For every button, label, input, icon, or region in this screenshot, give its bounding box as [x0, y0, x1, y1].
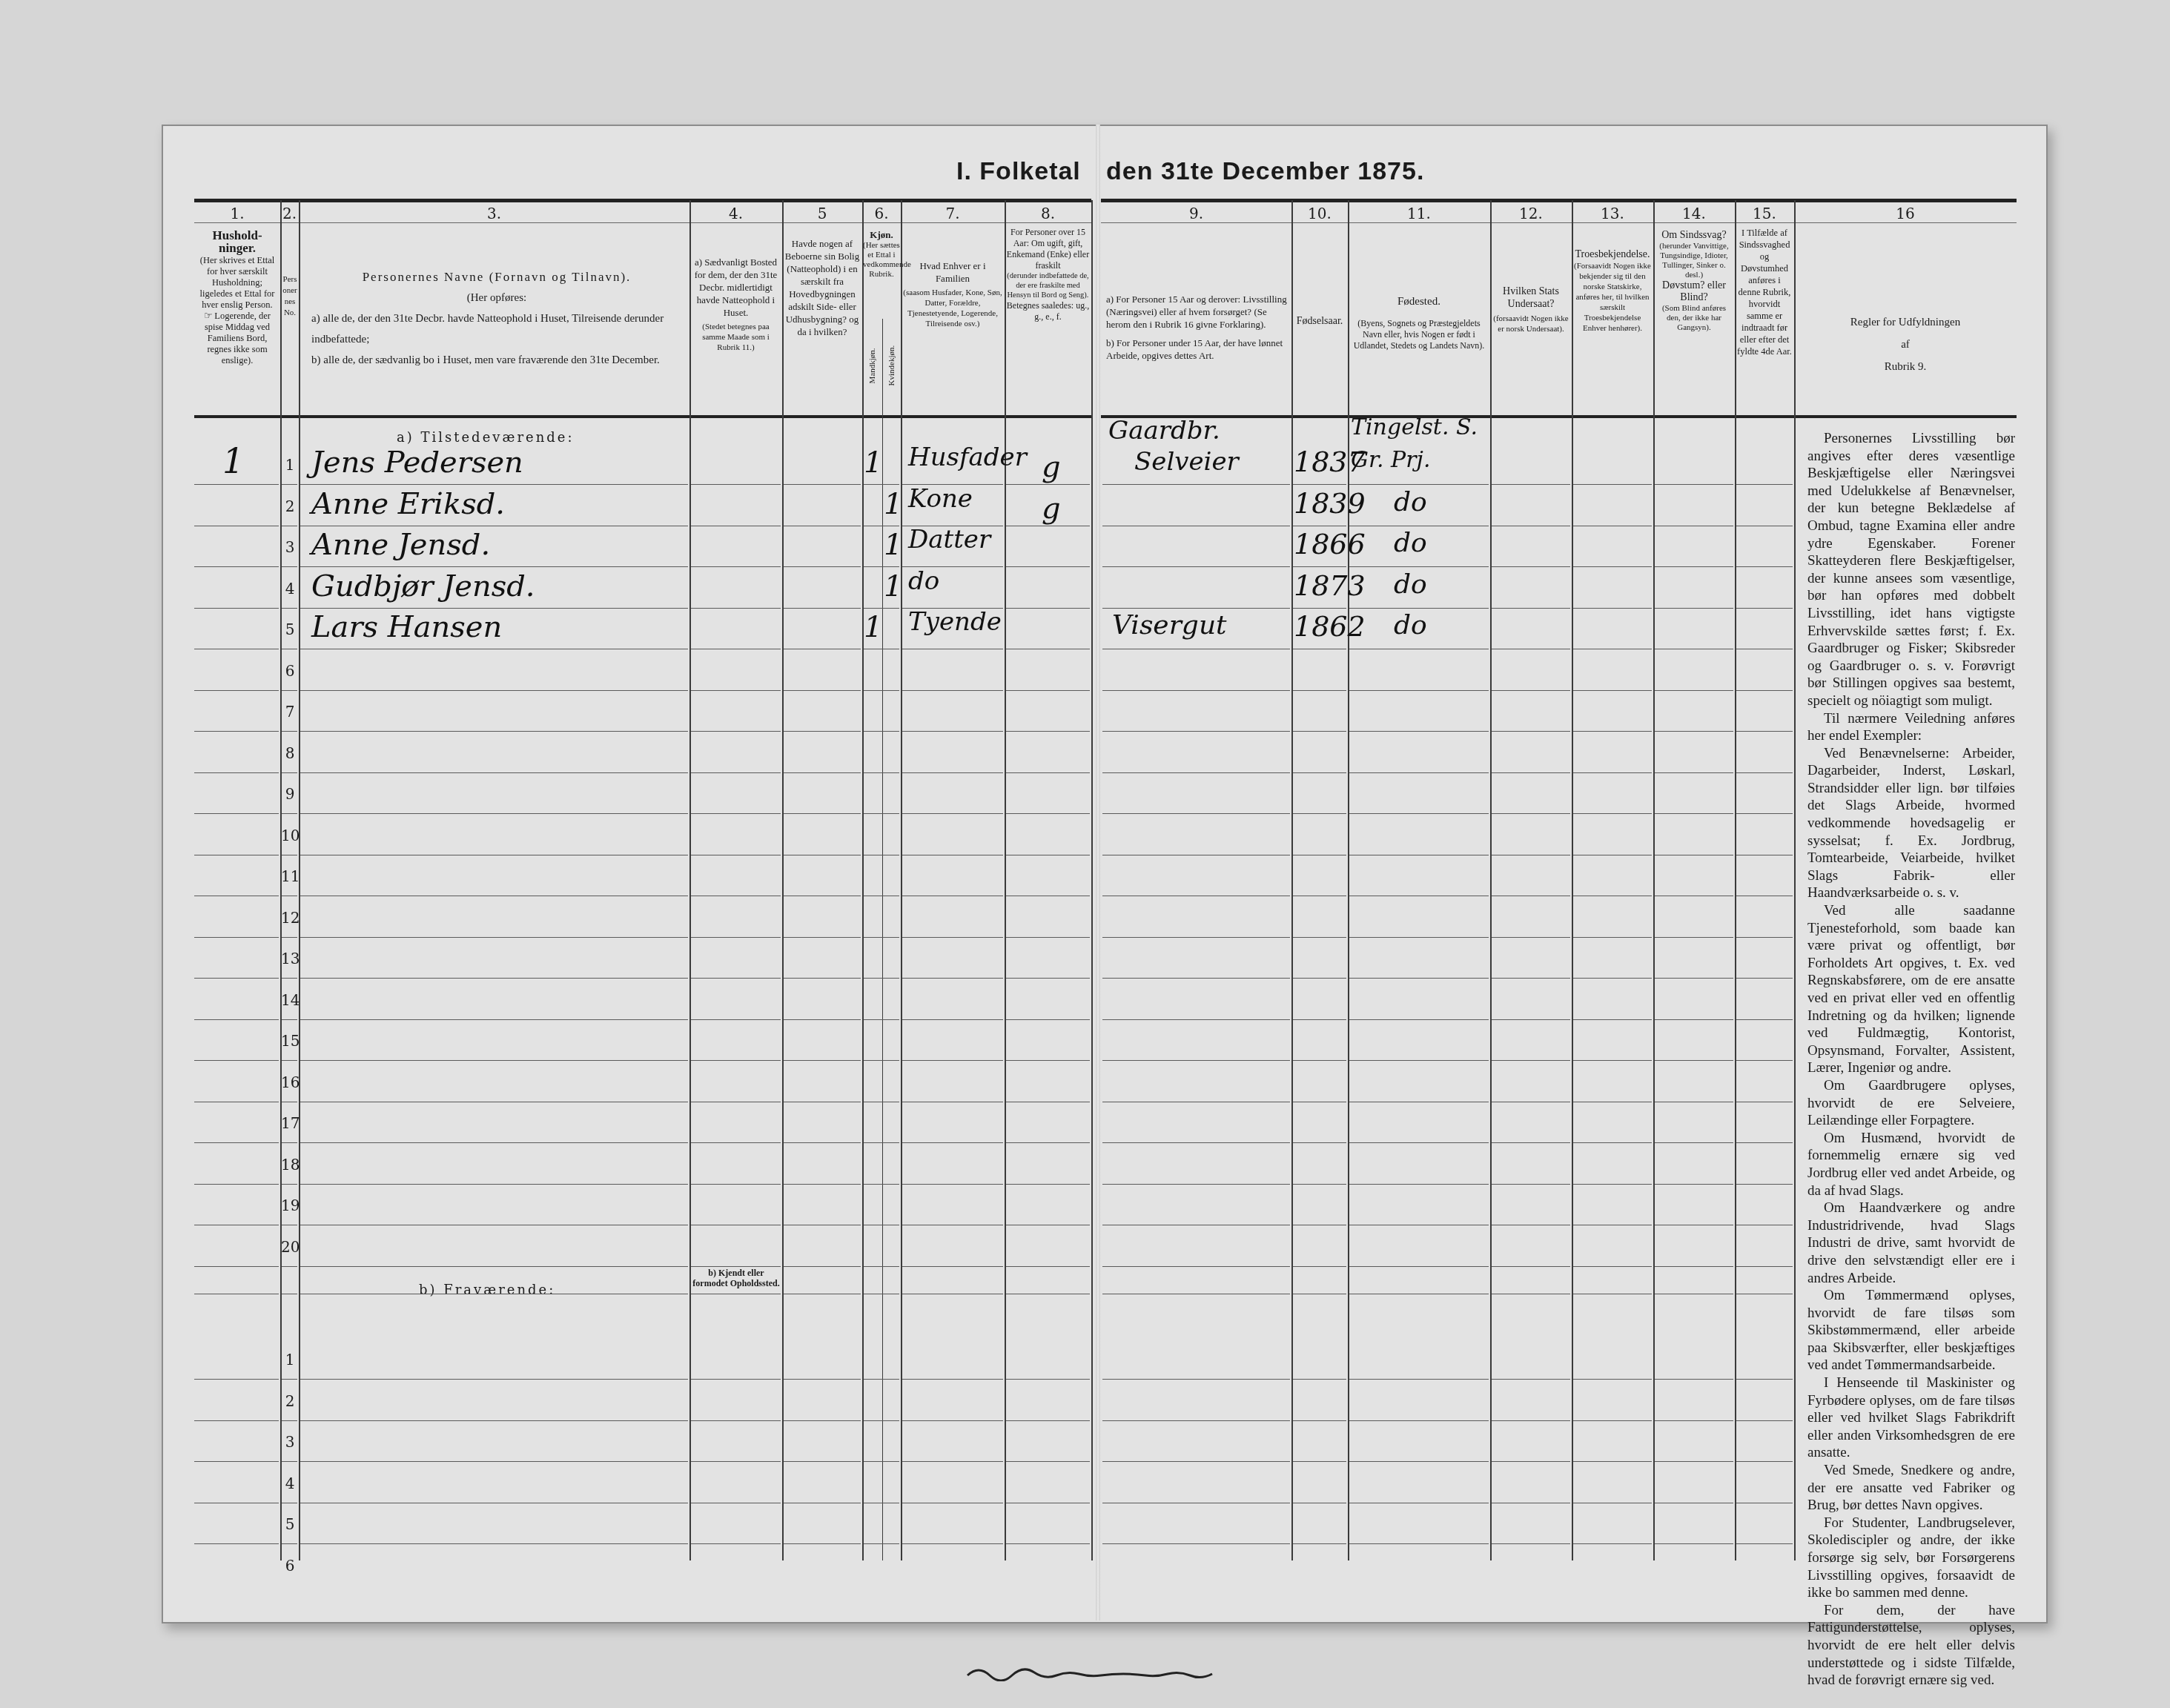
row-number: 6 [281, 662, 299, 680]
row-number: 16 [281, 1073, 299, 1091]
row-rule [1349, 731, 1489, 732]
col-header-15: I Tilfælde af Sindssvaghed og Døvstumhed… [1736, 227, 1793, 357]
row-rule [1006, 1142, 1090, 1143]
row-rule [194, 1225, 279, 1225]
col-header-4: a) Sædvanligt Bosted for dem, der den 31… [691, 256, 781, 353]
row-rule [864, 731, 899, 732]
col-divider [862, 200, 864, 1560]
row-rule [1102, 608, 1290, 609]
row-rule [1736, 1184, 1793, 1185]
row-rule [1736, 690, 1793, 691]
row-rule [864, 937, 899, 938]
row-rule [691, 1420, 781, 1421]
row-rule [1736, 1102, 1793, 1102]
sex-female-mark: 1 [884, 569, 902, 603]
row-rule [1492, 731, 1570, 732]
absent-row-number: 3 [281, 1433, 299, 1451]
row-rule [1293, 855, 1346, 855]
row-rule [1293, 1379, 1346, 1380]
row-rule [1573, 608, 1652, 609]
row-rule [194, 1294, 279, 1294]
row-rule [1573, 1225, 1652, 1225]
row-rule [1349, 896, 1489, 896]
row-rule [1573, 526, 1652, 526]
row-rule [864, 1142, 899, 1143]
row-rule [1655, 1503, 1733, 1503]
col-header-3-title: Personernes Navne (Fornavn og Tilnavn). [311, 267, 682, 288]
row-rule [194, 772, 279, 773]
row-rule [1293, 772, 1346, 773]
row-rule [902, 1060, 1003, 1061]
row-rule [282, 1503, 297, 1503]
row-rule [784, 855, 861, 855]
row-rule [784, 1503, 861, 1503]
row-rule [282, 1420, 297, 1421]
row-number: 2 [281, 497, 299, 515]
row-rule [1655, 772, 1733, 773]
row-rule [1293, 1142, 1346, 1143]
col-header-6: Kjøn. (Her sættes et Ettal i vedkommende… [863, 230, 900, 279]
row-rule [1573, 896, 1652, 896]
row-rule [1349, 484, 1489, 485]
col-header-13-note: (Forsaavidt Nogen ikke bekjender sig til… [1573, 261, 1652, 334]
col-header-16-mid: af [1796, 334, 2015, 356]
row-rule [1006, 855, 1090, 855]
row-rule [194, 855, 279, 855]
row-rule [300, 1420, 688, 1421]
occupation: Selveier [1134, 447, 1239, 477]
row-rule [691, 649, 781, 649]
rules-paragraph: Om Gaardbrugere oplyses, hvorvidt de ere… [1807, 1077, 2015, 1130]
row-rule [282, 731, 297, 732]
row-rule [1492, 1266, 1570, 1267]
col-header-12-note: (forsaavidt Nogen ikke er norsk Undersaa… [1492, 314, 1570, 334]
occupation: Gaardbr. [1108, 416, 1220, 446]
row-rule [300, 1019, 688, 1020]
row-rule [282, 896, 297, 896]
row-rule [784, 1142, 861, 1143]
col-number-15: 15. [1735, 205, 1794, 222]
row-rule [194, 1060, 279, 1061]
row-rule [691, 772, 781, 773]
row-rule [1006, 1379, 1090, 1380]
row-rule [194, 1266, 279, 1267]
row-rule [194, 1379, 279, 1380]
birthplace: do [1394, 569, 1427, 600]
row-rule [194, 731, 279, 732]
col-header-4-title: a) Sædvanligt Bosted for dem, der den 31… [691, 256, 781, 319]
row-rule [784, 1379, 861, 1380]
person-name: Anne Eriksd. [311, 487, 505, 521]
row-rule [784, 1102, 861, 1102]
col-header-8-note: (derunder indbefattede de, der ere frask… [1006, 271, 1090, 300]
col-header-10: Fødselsaar. [1293, 315, 1346, 328]
row-rule [691, 1019, 781, 1020]
row-rule [1006, 608, 1090, 609]
row-rule [691, 1294, 781, 1294]
col-number-7: 7. [901, 205, 1005, 222]
row-rule [1006, 1184, 1090, 1185]
col-header-4-note: (Stedet betegnes paa samme Maade som i R… [691, 322, 781, 353]
row-rule [282, 484, 297, 485]
row-rule [1736, 484, 1793, 485]
col-header-1-note2: ☞ Logerende, der spise Middag ved Famili… [204, 311, 271, 365]
row-rule [1736, 772, 1793, 773]
row-rule [691, 1225, 781, 1225]
sex-male-mark: 1 [864, 610, 882, 644]
col-header-16: Regler for Udfyldningen af Rubrik 9. [1796, 311, 2015, 378]
row-rule [691, 1184, 781, 1185]
row-rule [1492, 1379, 1570, 1380]
row-rule [1006, 978, 1090, 979]
row-rule [194, 1503, 279, 1503]
row-number: 15 [281, 1032, 299, 1050]
row-rule [1102, 690, 1290, 691]
absent-row-number: 4 [281, 1474, 299, 1492]
row-rule [194, 1420, 279, 1421]
row-rule [282, 1461, 297, 1462]
section-absent-col4: b) Kjendt eller formodet Opholdssted. [691, 1268, 781, 1288]
row-rule [902, 1266, 1003, 1267]
row-rule [1349, 978, 1489, 979]
row-rule [864, 1060, 899, 1061]
row-rule [1006, 1060, 1090, 1061]
row-rule [784, 608, 861, 609]
row-rule [1293, 1184, 1346, 1185]
row-rule [864, 649, 899, 649]
col-header-12-title: Hvilken Stats Undersaat? [1492, 285, 1570, 311]
row-rule [1573, 855, 1652, 855]
row-rule [784, 566, 861, 567]
row-rule [691, 526, 781, 526]
col-header-1-title: Hushold-ninger. [212, 228, 262, 255]
row-rule [902, 1142, 1003, 1143]
row-rule [300, 1294, 688, 1294]
row-rule [902, 1420, 1003, 1421]
row-rule [1492, 772, 1570, 773]
row-rule [1349, 1420, 1489, 1421]
row-rule [1349, 526, 1489, 526]
row-rule [1293, 896, 1346, 896]
row-rule [784, 1266, 861, 1267]
row-rule [1293, 937, 1346, 938]
birthplace: do [1394, 610, 1427, 640]
col-header-3-note: (Her opføres: [311, 288, 682, 308]
row-rule [1573, 566, 1652, 567]
row-rule [1006, 1420, 1090, 1421]
row-rule [1102, 1060, 1290, 1061]
row-rule [1655, 1019, 1733, 1020]
row-rule [864, 1503, 899, 1503]
row-rule [902, 896, 1003, 896]
row-rule [194, 1184, 279, 1185]
row-rule [282, 1142, 297, 1143]
row-rule [1102, 1379, 1290, 1380]
row-rule [1655, 690, 1733, 691]
colnum-rule-left [194, 222, 1091, 223]
family-role: Kone [908, 484, 973, 514]
row-rule [1102, 1102, 1290, 1102]
row-rule [691, 813, 781, 814]
row-rule [864, 608, 899, 609]
row-rule [1736, 1266, 1793, 1267]
row-rule [1349, 1142, 1489, 1143]
col-header-6-male: Mandkjøn. [867, 346, 879, 386]
row-rule [1293, 1225, 1346, 1225]
sex-female-mark: 1 [884, 487, 902, 521]
row-rule [1102, 1019, 1290, 1020]
col-header-12: Hvilken Stats Undersaat? (forsaavidt Nog… [1492, 285, 1570, 334]
row-rule [1573, 937, 1652, 938]
row-rule [864, 978, 899, 979]
row-rule [1102, 813, 1290, 814]
row-rule [864, 1461, 899, 1462]
marital-status: g [1042, 450, 1061, 484]
sex-male-mark: 1 [864, 446, 882, 480]
col-number-14: 14. [1653, 205, 1735, 222]
birthplace: Tingelst. S. [1351, 414, 1478, 440]
row-rule [691, 1060, 781, 1061]
rules-paragraph: Om Haandværkere og andre Industridrivend… [1807, 1199, 2015, 1287]
row-rule [1293, 1461, 1346, 1462]
row-rule [1655, 813, 1733, 814]
row-rule [902, 813, 1003, 814]
row-rule [282, 1266, 297, 1267]
row-rule [1349, 1102, 1489, 1102]
row-rule [1006, 1266, 1090, 1267]
col-header-7-title: Hvad Enhver er i Familien [902, 259, 1003, 285]
col-divider [1005, 200, 1006, 1560]
col-header-7-note: (saasom Husfader, Kone, Søn, Datter, For… [902, 288, 1003, 329]
row-rule [300, 608, 688, 609]
row-rule [1293, 649, 1346, 649]
colnum-rule-right [1101, 222, 2017, 223]
row-rule [1655, 566, 1733, 567]
row-rule [1736, 1543, 1793, 1544]
row-rule [864, 1102, 899, 1102]
row-rule [1006, 484, 1090, 485]
row-rule [1492, 1461, 1570, 1462]
row-rule [1349, 855, 1489, 855]
row-rule [1293, 1420, 1346, 1421]
row-rule [1573, 1102, 1652, 1102]
title-left: I. Folketal [956, 157, 1081, 186]
row-rule [784, 1225, 861, 1225]
row-rule [691, 566, 781, 567]
row-rule [864, 526, 899, 526]
birthplace: Gr. Prj. [1351, 447, 1430, 473]
row-rule [784, 1420, 861, 1421]
row-rule [194, 1461, 279, 1462]
row-rule [1736, 1019, 1793, 1020]
row-rule [1573, 772, 1652, 773]
col-divider [1490, 200, 1492, 1560]
row-rule [864, 1019, 899, 1020]
row-rule [1736, 855, 1793, 855]
row-rule [282, 608, 297, 609]
row-rule [1573, 1142, 1652, 1143]
absent-row-number: 1 [281, 1351, 299, 1368]
row-rule [691, 731, 781, 732]
row-rule [1102, 1184, 1290, 1185]
row-rule [1102, 1225, 1290, 1225]
header-rule-right [1101, 199, 2017, 202]
row-rule [784, 690, 861, 691]
row-rule [1736, 1225, 1793, 1225]
row-rule [1492, 1142, 1570, 1143]
row-rule [282, 937, 297, 938]
row-number: 17 [281, 1114, 299, 1132]
row-rule [1293, 1019, 1346, 1020]
row-rule [864, 1184, 899, 1185]
row-rule [1736, 1461, 1793, 1462]
row-rule [1293, 1294, 1346, 1294]
row-rule [1102, 896, 1290, 896]
header-bottom-rule-left [194, 415, 1091, 418]
row-rule [194, 649, 279, 649]
row-rule [1006, 1461, 1090, 1462]
col-header-8: For Personer over 15 Aar: Om ugift, gift… [1006, 227, 1090, 322]
row-rule [1349, 690, 1489, 691]
row-rule [1736, 731, 1793, 732]
col-header-14: Om Sindssvag? (herunder Vanvittige, Tung… [1655, 230, 1733, 333]
row-rule [1492, 978, 1570, 979]
row-rule [282, 772, 297, 773]
row-rule [1573, 731, 1652, 732]
row-rule [300, 1060, 688, 1061]
row-rule [864, 1266, 899, 1267]
col-number-11: 11. [1348, 205, 1490, 222]
section-absent-label: b) Fraværende: [419, 1282, 555, 1298]
row-rule [864, 855, 899, 855]
col-header-7: Hvad Enhver er i Familien (saasom Husfad… [902, 259, 1003, 329]
row-rule [1102, 978, 1290, 979]
row-rule [194, 566, 279, 567]
col-header-11-title: Fødested. [1349, 297, 1489, 308]
rubrik-16-rules: Personernes Livsstilling bør angives eft… [1807, 430, 2015, 1689]
col-header-9-b: b) For Personer under 15 Aar, der have l… [1106, 337, 1288, 362]
row-rule [902, 1102, 1003, 1102]
row-rule [1573, 1420, 1652, 1421]
row-rule [1006, 937, 1090, 938]
row-rule [1293, 813, 1346, 814]
row-rule [864, 566, 899, 567]
family-role: Datter [908, 525, 990, 555]
col-divider [1735, 200, 1736, 1560]
birth-year: 1839 [1294, 487, 1366, 520]
row-rule [902, 731, 1003, 732]
row-rule [194, 978, 279, 979]
row-rule [300, 896, 688, 896]
row-rule [784, 813, 861, 814]
row-rule [1293, 484, 1346, 485]
col-header-11: Fødested. (Byens, Sognets og Præstegjeld… [1349, 297, 1489, 351]
row-rule [282, 1060, 297, 1061]
row-rule [282, 978, 297, 979]
row-rule [1293, 566, 1346, 567]
col-header-13: Troesbekjendelse. (Forsaavidt Nogen ikke… [1573, 248, 1652, 334]
col-header-6-female: Kvindekjøn. [886, 346, 899, 386]
rules-paragraph: Om Tømmermænd oplyses, hvorvidt de fare … [1807, 1287, 2015, 1374]
row-rule [864, 1543, 899, 1544]
row-rule [1349, 1225, 1489, 1225]
row-rule [691, 855, 781, 855]
row-rule [1006, 1294, 1090, 1294]
row-rule [1293, 1503, 1346, 1503]
row-rule [1655, 526, 1733, 526]
row-rule [864, 1379, 899, 1380]
row-number: 4 [281, 580, 299, 598]
col-divider [689, 200, 691, 1560]
col-header-1: Hushold-ninger. (Her skrives et Ettal fo… [196, 230, 279, 366]
row-rule [691, 937, 781, 938]
row-rule [1655, 1266, 1733, 1267]
col-header-3: Personernes Navne (Fornavn og Tilnavn). … [311, 267, 682, 371]
row-rule [282, 690, 297, 691]
row-rule [1006, 772, 1090, 773]
row-rule [1655, 1294, 1733, 1294]
row-rule [1102, 1543, 1290, 1544]
col-header-8-note2: Betegnes saaledes: ug., g., e., f. [1006, 300, 1090, 322]
row-rule [194, 1543, 279, 1544]
col-divider [1572, 200, 1573, 1560]
row-rule [691, 608, 781, 609]
row-rule [1349, 937, 1489, 938]
row-rule [691, 1461, 781, 1462]
row-rule [1573, 1543, 1652, 1544]
row-rule [282, 526, 297, 526]
row-rule [1655, 978, 1733, 979]
row-rule [1492, 1184, 1570, 1185]
row-rule [300, 772, 688, 773]
col-header-11-note: (Byens, Sognets og Præstegjeldets Navn e… [1349, 318, 1489, 351]
row-rule [1006, 649, 1090, 649]
row-rule [282, 813, 297, 814]
row-rule [1492, 1543, 1570, 1544]
row-rule [784, 1060, 861, 1061]
row-rule [1736, 1142, 1793, 1143]
row-rule [784, 896, 861, 896]
row-rule [1492, 896, 1570, 896]
row-rule [1655, 1461, 1733, 1462]
row-rule [691, 978, 781, 979]
row-rule [1006, 1503, 1090, 1503]
row-rule [1655, 896, 1733, 896]
col-number-8: 8. [1005, 205, 1091, 222]
row-rule [1349, 1266, 1489, 1267]
row-rule [194, 813, 279, 814]
row-rule [194, 608, 279, 609]
row-rule [1006, 1543, 1090, 1544]
rules-paragraph: For dem, der have Fattigunderstøttelse, … [1807, 1602, 2015, 1689]
row-rule [902, 649, 1003, 649]
marital-status: g [1042, 491, 1061, 526]
archive-squiggle-mark [964, 1662, 1231, 1681]
row-number: 7 [281, 703, 299, 721]
row-rule [691, 1503, 781, 1503]
row-rule [902, 1294, 1003, 1294]
row-rule [864, 896, 899, 896]
row-rule [1293, 608, 1346, 609]
row-rule [1573, 1266, 1652, 1267]
row-rule [902, 772, 1003, 773]
col-divider [1348, 200, 1349, 1560]
rules-paragraph: For Studenter, Landbrugselever, Skoledis… [1807, 1515, 2015, 1602]
rules-paragraph: Ved Smede, Snedkere og andre, der ere an… [1807, 1462, 2015, 1515]
row-rule [902, 1225, 1003, 1225]
household-count: 1 [222, 441, 244, 481]
row-rule [1736, 649, 1793, 649]
